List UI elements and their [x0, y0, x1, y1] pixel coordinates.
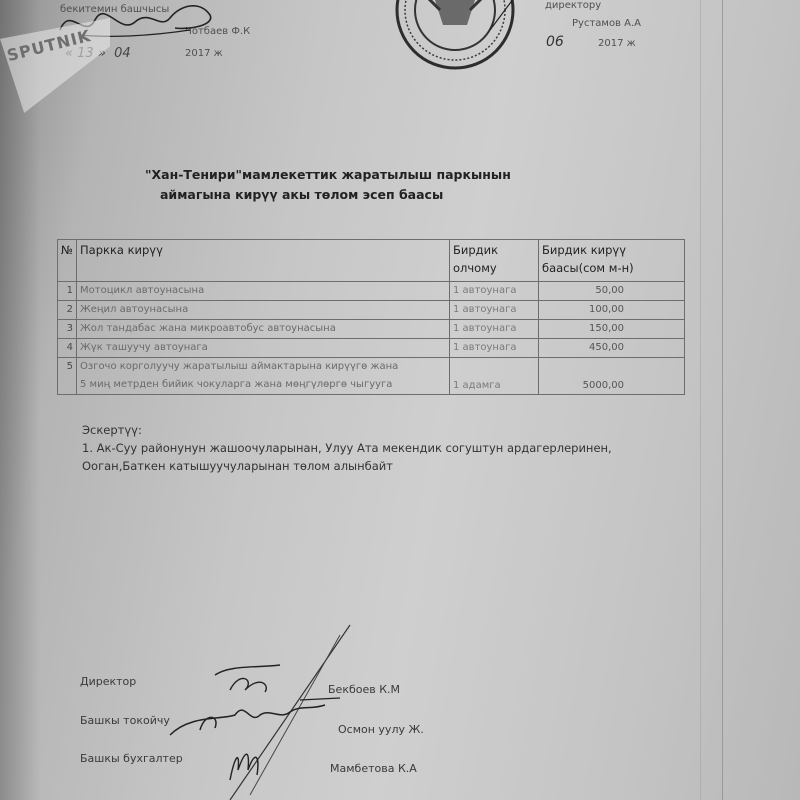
header-number: № — [58, 240, 77, 282]
official-stamp-icon — [385, 0, 545, 105]
row-number: 3 — [58, 320, 77, 339]
header-price-line1: Бирдик кирүү — [542, 241, 681, 259]
header-unit-line1: Бирдик — [453, 241, 535, 259]
row-number: 2 — [58, 301, 77, 320]
signatures-icon — [160, 620, 380, 800]
row-description: Жүк ташуучу автоунага — [77, 339, 450, 358]
row-description-line: Жол тандабас жана микроавтобус автоунасы… — [80, 320, 446, 338]
row-description: Озгочо корголуучу жаратылыш аймактарына … — [77, 358, 450, 395]
note-line-2: Ооган,Баткен катышуучуларынан төлом алын… — [82, 457, 612, 475]
title-line-1: "Хан-Тенири"мамлекеттик жаратылыш паркын… — [145, 165, 511, 185]
row-description-line: Озгочо корголуучу жаратылыш аймактарына … — [80, 358, 446, 376]
table-row: 3Жол тандабас жана микроавтобус автоунас… — [58, 320, 685, 339]
row-price: 450,00 — [539, 339, 685, 358]
table-row: 4Жүк ташуучу автоунага1 автоунага450,00 — [58, 339, 685, 358]
row-number: 5 — [58, 358, 77, 395]
table-row: 2Жеңил автоунасына1 автоунага100,00 — [58, 301, 685, 320]
row-description: Жеңил автоунасына — [77, 301, 450, 320]
row-unit: 1 автоунага — [450, 301, 539, 320]
approval-right-year: 2017 ж — [598, 38, 636, 49]
table-row: 5Озгочо корголуучу жаратылыш аймактарына… — [58, 358, 685, 395]
fee-table: № Паркка кирүү Бирдик олчому Бирдик кирү… — [57, 239, 685, 395]
row-number: 4 — [58, 339, 77, 358]
header-park-entry: Паркка кирүү — [77, 240, 450, 282]
approval-left-year: 2017 ж — [185, 48, 223, 59]
row-unit: 1 автоунага — [450, 320, 539, 339]
note-heading: Эскертүү: — [82, 421, 612, 439]
row-description-line: Жеңил автоунасына — [80, 301, 446, 319]
row-unit: 1 автоунага — [450, 282, 539, 301]
row-unit: 1 автоунага — [450, 339, 539, 358]
header-price: Бирдик кирүү баасы(сом м-н) — [539, 240, 685, 282]
note-line-1: 1. Ак-Суу районунун жашоочуларынан, Улуу… — [82, 439, 612, 457]
table-row: 1Мотоцикл автоунасына1 автоунага50,00 — [58, 282, 685, 301]
row-description: Жол тандабас жана микроавтобус автоунасы… — [77, 320, 450, 339]
scan-shadow — [0, 0, 40, 800]
note-section: Эскертүү: 1. Ак-Суу районунун жашоочулар… — [82, 421, 612, 475]
row-description-line: Жүк ташуучу автоунага — [80, 339, 446, 357]
table-header-row: № Паркка кирүү Бирдик олчому Бирдик кирү… — [58, 240, 685, 282]
row-price: 50,00 — [539, 282, 685, 301]
signature-role-forester: Башкы токойчу — [80, 714, 170, 727]
row-number: 1 — [58, 282, 77, 301]
approval-right-line1: директору — [545, 0, 601, 11]
signature-role-director: Директор — [80, 675, 136, 688]
title-line-2: аймагына кирүү акы төлом эсеп баасы — [145, 185, 511, 205]
approval-left-month-value: 04 — [114, 46, 131, 61]
row-price: 100,00 — [539, 301, 685, 320]
approval-right-month: 06 — [546, 34, 564, 50]
header-unit-line2: олчому — [453, 259, 535, 277]
row-description: Мотоцикл автоунасына — [77, 282, 450, 301]
row-description-line: 5 миң метрден бийик чокуларга жана мөңгү… — [80, 376, 446, 394]
approval-right-name: Рустамов А.А — [572, 18, 641, 29]
paper-fold-line — [700, 0, 701, 800]
paper-fold-line — [722, 0, 723, 800]
row-price: 150,00 — [539, 320, 685, 339]
scanned-document: бекитемин башчысы Чотбаев Ф.К « 13 » 04 … — [0, 0, 800, 800]
row-price: 5000,00 — [539, 358, 685, 395]
header-price-line2: баасы(сом м-н) — [542, 259, 681, 277]
document-title: "Хан-Тенири"мамлекеттик жаратылыш паркын… — [145, 165, 511, 205]
header-unit: Бирдик олчому — [450, 240, 539, 282]
row-unit: 1 адамга — [450, 358, 539, 395]
row-description-line: Мотоцикл автоунасына — [80, 282, 446, 300]
